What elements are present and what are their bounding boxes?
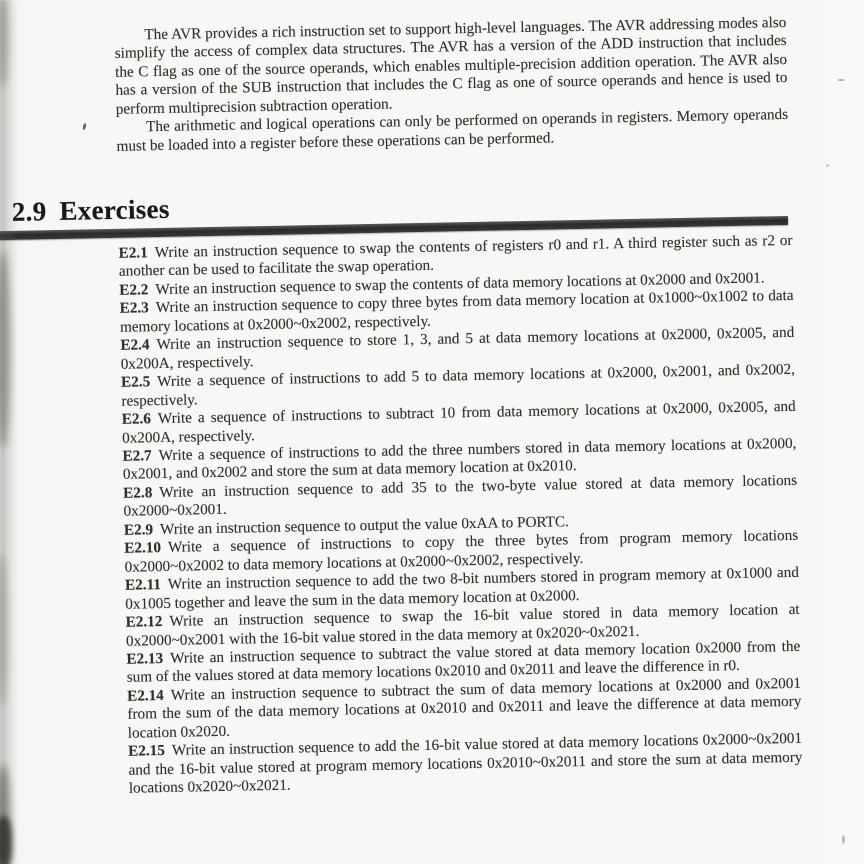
exercise-item: E2.15Write an instruction sequence to ad… bbox=[128, 730, 803, 798]
exercise-number: E2.8 bbox=[123, 484, 152, 502]
exercise-list: E2.1Write an instruction sequence to swa… bbox=[118, 232, 803, 798]
scan-speck bbox=[838, 79, 844, 81]
exercise-number: E2.11 bbox=[125, 576, 161, 594]
exercise-number: E2.3 bbox=[120, 300, 149, 318]
exercise-number: E2.6 bbox=[122, 410, 151, 428]
exercise-number: E2.1 bbox=[118, 244, 147, 262]
section-title: Exercises bbox=[59, 194, 170, 226]
exercise-number: E2.10 bbox=[124, 539, 161, 557]
intro-paragraph-1: The AVR provides a rich instruction set … bbox=[114, 14, 788, 119]
scanned-book-page: The AVR provides a rich instruction set … bbox=[0, 0, 864, 864]
scan-speck bbox=[842, 835, 845, 844]
exercise-number: E2.9 bbox=[124, 521, 153, 539]
exercise-number: E2.4 bbox=[120, 336, 149, 354]
scan-speck bbox=[826, 164, 829, 167]
exercise-number: E2.5 bbox=[121, 373, 150, 391]
printed-content: The AVR provides a rich instruction set … bbox=[0, 0, 864, 864]
exercise-text: Write an instruction sequence to add the… bbox=[128, 730, 802, 797]
exercise-number: E2.13 bbox=[126, 650, 163, 668]
intro-paragraphs: The AVR provides a rich instruction set … bbox=[114, 14, 788, 156]
exercise-number: E2.14 bbox=[127, 687, 164, 705]
exercise-number: E2.12 bbox=[126, 613, 163, 631]
exercise-number: E2.2 bbox=[119, 281, 148, 299]
section-heading: 2.9Exercises bbox=[12, 194, 170, 227]
exercise-number: E2.15 bbox=[128, 742, 165, 760]
exercise-number: E2.7 bbox=[122, 447, 151, 465]
